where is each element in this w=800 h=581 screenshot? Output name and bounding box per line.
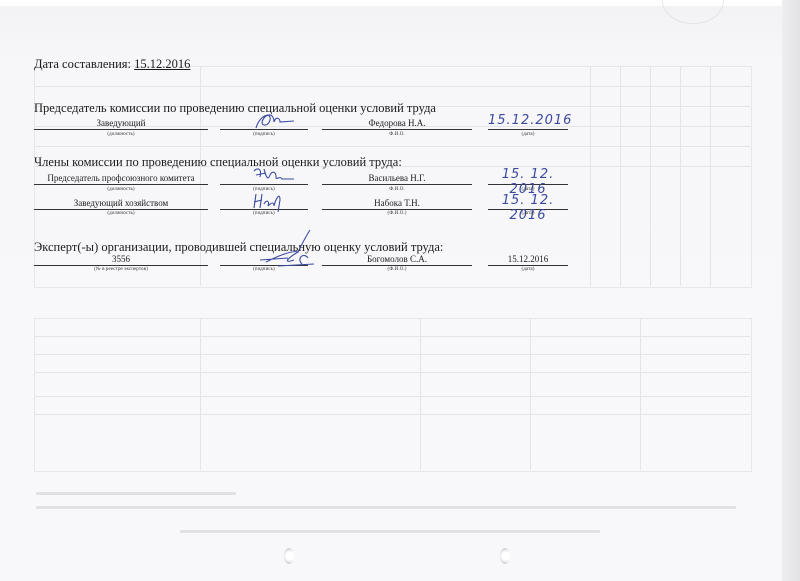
- expert-name-caption: (Ф.И.О.): [322, 267, 472, 272]
- expert-date-field: 15.12.2016: [488, 253, 568, 266]
- expert-name-field: Богомолов С.А.: [322, 253, 472, 266]
- member2-date-caption: (дата): [488, 211, 568, 216]
- member1-position-caption: (должность): [34, 187, 208, 192]
- chairman-signature-caption: (подпись): [220, 132, 308, 137]
- expert-date-caption: (дата): [488, 267, 568, 272]
- expert-registry-field: 3556: [34, 253, 208, 266]
- expert-signature-caption: (подпись): [220, 267, 308, 272]
- punch-hole-right: [500, 548, 510, 564]
- member2-date-handwritten: 15. 12. 2016: [484, 193, 572, 223]
- compile-date-value: 15.12.2016: [134, 57, 190, 71]
- expert-registry-caption: (№ в реестре экспертов): [34, 267, 208, 272]
- staple-mark: [662, 0, 724, 24]
- members-heading: Члены комиссии по проведению специальной…: [34, 155, 402, 170]
- scanned-page: Дата составления: 15.12.2016 Председател…: [0, 0, 800, 581]
- punch-hole-left: [284, 548, 294, 564]
- chairman-position-caption: (должность): [34, 132, 208, 137]
- member1-name-field: Васильева Н.Г.: [322, 172, 472, 185]
- compile-date-row: Дата составления: 15.12.2016: [34, 57, 190, 72]
- chairman-heading: Председатель комиссии по проведению спец…: [34, 101, 436, 116]
- chairman-position-field: Заведующий: [34, 117, 208, 130]
- member2-signature-caption: (подпись): [220, 211, 308, 216]
- chairman-name-caption: Ф.И.О.: [322, 132, 472, 137]
- member2-position-field: Заведующий хозяйством: [34, 197, 208, 210]
- member1-position-field: Председатель профсоюзного комитета: [34, 172, 208, 185]
- chairman-date-handwritten: 15.12.2016: [488, 113, 568, 128]
- member1-name-caption: Ф.И.О.: [322, 187, 472, 192]
- member1-date-caption: (дата): [488, 187, 568, 192]
- member2-name-field: Набока Т.Н.: [322, 197, 472, 210]
- chairman-name-field: Федорова Н.А.: [322, 117, 472, 130]
- scan-right-edge: [782, 0, 800, 581]
- member2-position-caption: (должность): [34, 211, 208, 216]
- member2-name-caption: (Ф.И.О.): [322, 211, 472, 216]
- compile-date-label: Дата составления:: [34, 57, 131, 71]
- chairman-date-caption: (дата): [488, 132, 568, 137]
